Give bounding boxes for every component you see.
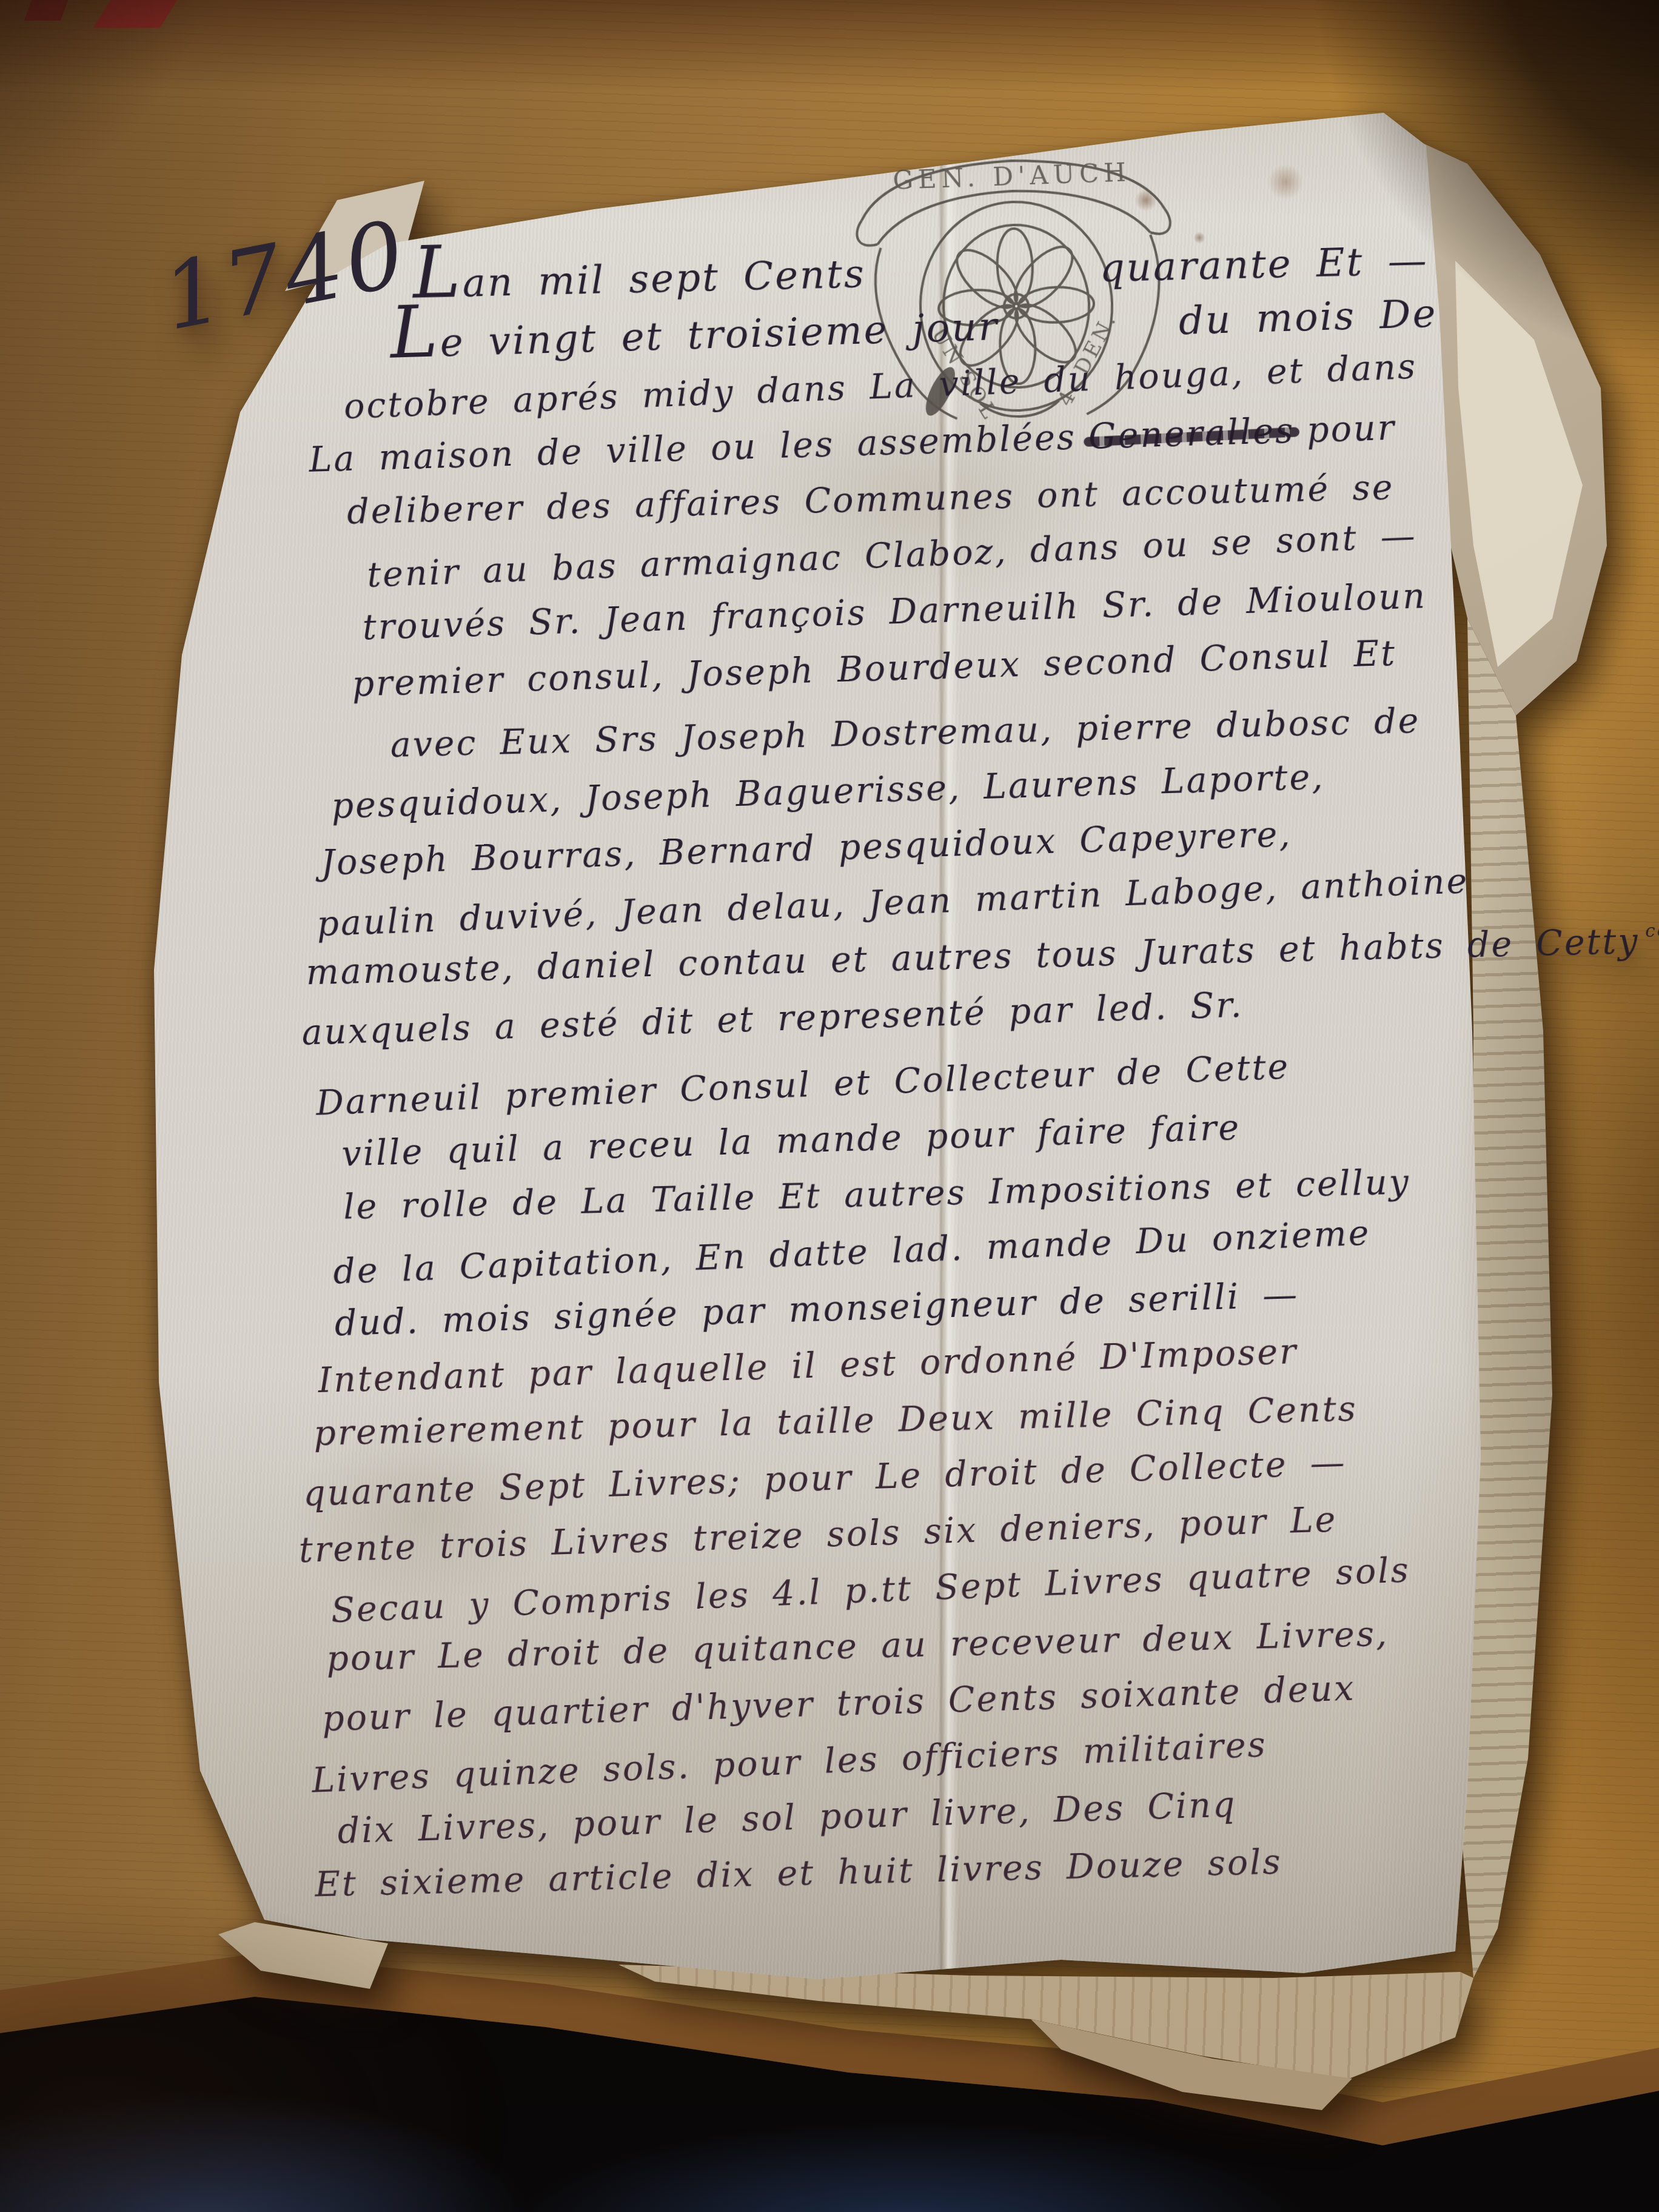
manuscript-paper-stack: 1740 GEN. D' xyxy=(0,0,1659,2212)
line-text: pour xyxy=(1306,408,1396,451)
stamp-banner-bottom-curve xyxy=(876,186,1151,244)
stamp-banner-right-curl xyxy=(1150,209,1171,234)
line-text: quarante Et — xyxy=(1099,233,1429,297)
superscript-note: com.té xyxy=(1644,900,1659,959)
stamp-banner-left-curl xyxy=(857,220,878,246)
red-object-edge-far-left xyxy=(24,0,68,21)
stamp-banner-text: GEN. D'AUCH xyxy=(892,157,1131,195)
manuscript-text-block: Lan mil sept Cents quarante Et — Le ving… xyxy=(261,227,1549,1917)
struck-word: Generalles xyxy=(1088,411,1295,457)
line-text: Lan mil sept Cents xyxy=(412,246,866,313)
